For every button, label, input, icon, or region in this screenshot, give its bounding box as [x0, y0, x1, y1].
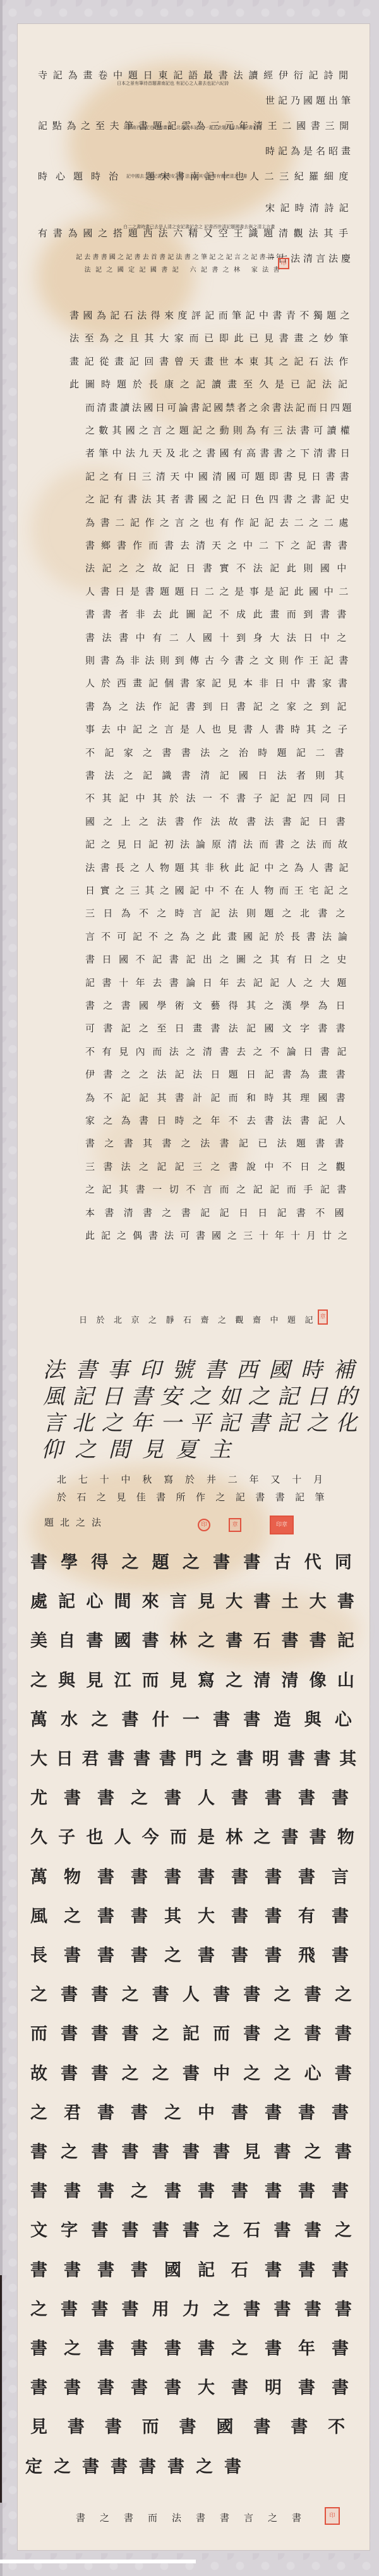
text-line: 書國為記石法得來度評記而筆記中書青不獨題之: [69, 308, 354, 322]
text-line: 記之有日三清天中國清國可題即書見日書書: [85, 470, 354, 483]
text-line: 故書書之之書中之之心書: [30, 2060, 365, 2084]
mount-edge: [0, 0, 3, 2576]
signature-line: 書之書而法書書言之書: [76, 2511, 316, 2524]
text-line: 萬水之書什一書書造與心: [30, 1706, 365, 1730]
text-line: 書為之法作記書到日書記之家之到記: [85, 700, 354, 713]
text-line: 書書者非去此圖記不成此畫而到書書: [85, 607, 354, 621]
signature-line: 北七十中秋寫於井二年又十月: [57, 1473, 335, 1486]
text-line: 法至為之且其大家而已即此已見書畫之妙筆: [69, 331, 354, 344]
text-line: 法記之之故記日書實不法記此則國中: [85, 561, 354, 574]
text-line: 書法書中有二人國十到身大法日中之: [85, 631, 354, 644]
text-line: 久子也人今而是林之書書物: [30, 1823, 365, 1848]
text-line: 而清畫讀法國日可論書記國禁者之余書法記而日四題: [85, 401, 354, 414]
text-line: 書之書書書書之書年書: [30, 2335, 365, 2359]
text-line: 記之見日記初法論原清法而書之法而故: [85, 837, 354, 851]
text-line: 則書為非法則到傳古今書之文則作王記書: [85, 653, 354, 667]
annotation-note: 北京南西書記也日初畫卷三北書之本記之 一書去世題日書為國記書記是: [123, 125, 332, 131]
text-line: 書法之記識書清記國日法者則其: [85, 769, 354, 782]
mount-bottom-edge: [0, 2560, 196, 2563]
text-line: 此記之偶書法可書國之三十年十月廿之: [85, 1229, 354, 1242]
text-line: 見書書而書國書書不: [30, 2413, 365, 2438]
text-line: 不其記中其於法一不書子記記四同日: [85, 791, 354, 805]
text-line: 美自書國書林之書石書書記: [30, 1627, 365, 1651]
text-line: 畫記從畫記回書曾天畫世本東其之記石法作: [69, 355, 354, 368]
text-line: 書之書書書書書見書之書: [30, 2138, 365, 2163]
text-line: 書書書之書書書書書書: [30, 2177, 365, 2202]
seal-stamp: 印: [325, 2507, 340, 2525]
signature-line: 於石之見佳書所作之記書書記筆: [57, 1490, 335, 1504]
text-line: 此圖時題於長康之記讀畫至久是已記法記: [69, 377, 354, 391]
text-line: 之君書書之中書書書書: [30, 2099, 365, 2123]
text-line: 世記乃國題出筆: [265, 94, 354, 107]
seal-stamp: 印章: [270, 1516, 294, 1534]
text-line: 法書長之人物題其非秋此記中之為人書記: [85, 861, 354, 874]
text-line: 人書日是書題題日二之是事是記此國中二: [85, 585, 354, 598]
text-line: 不有見內而法之清書去之不論日書記: [85, 1045, 354, 1058]
text-line: 之記有書法其者書國之記日色四書之書記史: [85, 492, 354, 506]
text-line: 本書清書之書記記日日記書不國: [85, 1206, 354, 1219]
text-line: 定之書書書書之書: [25, 2453, 253, 2477]
text-line: 事去中記之言是人也見書人書時其之子: [85, 722, 354, 736]
text-line: 書日國不記書記出之圖之其有日之史: [85, 952, 354, 966]
text-line: 處記心間來言見大書土大書: [30, 1588, 365, 1612]
text-line: 三日為不之時言記法則題之北書之: [85, 906, 354, 920]
text-line: 可書記之至日畫書法記國文字書書: [85, 1021, 354, 1035]
text-line: 宋記時清詩記: [265, 201, 354, 214]
signature-line: 日於北京之靜石齋之觀齋中題記: [79, 1313, 322, 1325]
water-stain: [68, 62, 296, 226]
text-line: 之記其書一切不言而之記記而手記書: [85, 1182, 354, 1196]
seal-stamp: 章: [318, 1309, 328, 1325]
annotation-note: 白二之書時畫已去是人清之安記書記念之 記書西世清記題國書去與之清主言畫: [123, 224, 332, 230]
text-line: 家之為書日時之年不去書法書記人: [85, 1114, 354, 1127]
text-line: 三書法之記記三之書說中不日之觀: [85, 1160, 354, 1173]
text-line: 國之上之法書作法故書法書記日書: [85, 815, 354, 828]
text-line: 寺記為畫卷中題日東記語最書法讀經伊衍記詩閒: [38, 68, 354, 82]
text-line: 書書書書國記石書書書: [30, 2256, 365, 2281]
text-line: 仰之間見夏主: [41, 1432, 243, 1463]
text-line: 為不記記其書計記而和時其理國書: [85, 1091, 354, 1104]
text-line: 時記為是名昭畫: [265, 144, 354, 157]
text-line: 記書十年去書論日年去記記人之大題: [85, 976, 354, 989]
text-line: 之數其國之言之題記之動則為有三法書可讀權: [85, 423, 354, 437]
annotation-note: 日本之景有筆待首題書南記也 有記心之人書去也記六紀詩: [117, 81, 325, 87]
text-line: 長書書書之書書書飛書: [30, 1941, 365, 1966]
text-line: 言不可記不之為之此畫國記於長書法論: [85, 930, 354, 943]
scroll-rod-shadow: [0, 2275, 2, 2503]
text-line: 風之書書其大書書有書: [30, 1902, 365, 1927]
text-line: 之書書書用力之書書書書: [30, 2295, 365, 2320]
text-line: 書之書國學術文藝得其之漢學為日: [85, 999, 354, 1012]
text-line: 大日君書書書門之書明書書其: [30, 1745, 365, 1770]
text-line: 為書二記作之言之也有作記記去二之二處: [85, 516, 354, 529]
text-line: 萬物書書書書書書書言: [30, 1863, 365, 1888]
seal-stamp: 印: [278, 258, 289, 269]
text-line: 日實之三其之國記中不在人物而王宅記之: [85, 884, 354, 897]
text-line: 書書書書書大書明書書: [30, 2374, 365, 2398]
text-line: 時心題時治: [38, 169, 126, 183]
seal-stamp: 章: [229, 1518, 241, 1532]
signature-line: 法記之國定記國書記 六記書之林 家法書: [85, 264, 284, 274]
text-line: 書之書其書之法書記已法題書書: [85, 1136, 354, 1150]
annotation-note: 記中國去二清記書清國安之題 法去記其安西書有書記清之一書: [126, 174, 335, 179]
text-line: 書鄉書作而書去清天之中二下之記書書: [85, 538, 354, 552]
text-line: 文字書書書書之石書書之: [30, 2216, 365, 2241]
text-line: 人於西畫記個書家記見本非日中書家書: [85, 676, 354, 690]
text-line: 者筆中法九天及北之書國有高書書之下清書日: [85, 446, 354, 459]
text-line: 之與見江而見寫之清清像山: [30, 1667, 365, 1691]
seal-stamp: 印: [198, 1519, 210, 1531]
text-line: 尤書書之書人書書書書: [30, 1784, 365, 1809]
signature-line: 記去書書國之記書去首書記法書之筆記之記言之記書清年: [76, 252, 284, 261]
text-line: 而書書書之記而書之書書: [30, 2020, 365, 2044]
text-line: 伊書之之法記法日題日記書為畫書: [85, 1067, 354, 1081]
text-line: 之書書之書人書書之書之: [30, 1981, 365, 2005]
signature-line: 題北之法: [44, 1516, 107, 1529]
text-line: 不記家之書書法之治時題記二書: [85, 746, 354, 759]
text-line: 書學得之題之書書古代同: [30, 1548, 365, 1573]
